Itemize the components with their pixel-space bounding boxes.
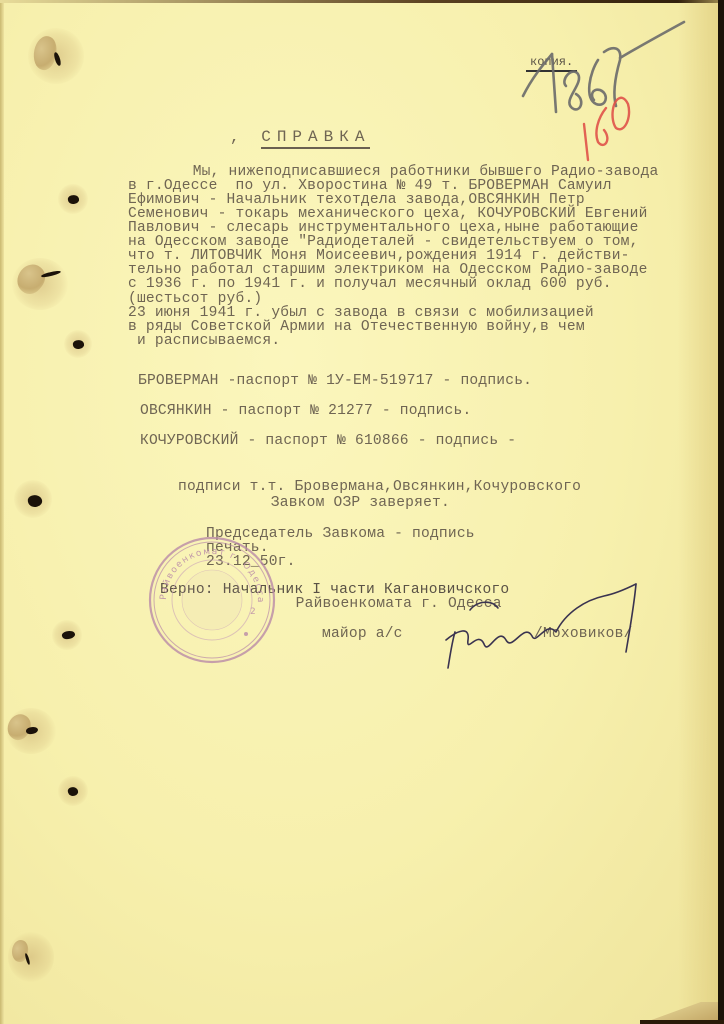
svg-text:2: 2 xyxy=(250,607,256,617)
signer-name: /Моховиков/ xyxy=(534,627,633,641)
title-prefix: , xyxy=(230,128,246,146)
torn-hole-icon xyxy=(6,708,56,754)
punch-hole-icon xyxy=(14,480,52,518)
official-stamp-icon: Райвоенкомат г. Одесса 2 xyxy=(146,534,278,666)
body-line: с 1936 г. по 1941 г. и получал месячный … xyxy=(128,277,612,291)
certification-line: подписи т.т. Бровермана,Овсянкин,Кочуров… xyxy=(178,480,581,494)
torn-hole-icon xyxy=(12,258,68,310)
page-left-edge xyxy=(0,0,4,1024)
torn-hole-icon xyxy=(8,932,54,982)
signatory-line: БРОВЕРМАН -паспорт № 1У-ЕМ-519717 - подп… xyxy=(138,374,532,388)
signatory-line: КОЧУРОВСКИЙ - паспорт № 610866 - подпись… xyxy=(140,434,516,448)
punch-hole-icon xyxy=(52,620,82,650)
punch-hole-icon xyxy=(64,330,92,358)
certification-line: Завком ОЗР заверяет. xyxy=(226,496,450,510)
torn-hole-icon xyxy=(28,28,84,84)
title-text: СПРАВКА xyxy=(261,128,370,149)
punch-hole-icon xyxy=(58,776,88,806)
copy-mark-text: копия. xyxy=(526,55,577,72)
rank-label: майор а/с xyxy=(322,627,403,641)
copy-mark: копия. xyxy=(526,55,577,69)
body-line: и расписываемся. xyxy=(128,334,280,348)
page-right-edge xyxy=(718,0,724,1024)
document-title: , СПРАВКА xyxy=(230,128,370,146)
page-bottom-edge xyxy=(640,1020,724,1024)
page-top-edge xyxy=(0,0,724,3)
page-right-shading xyxy=(678,0,718,1024)
signatory-line: ОВСЯНКИН - паспорт № 21277 - подпись. xyxy=(140,404,471,418)
document-page xyxy=(0,0,718,1024)
punch-hole-icon xyxy=(58,184,88,214)
